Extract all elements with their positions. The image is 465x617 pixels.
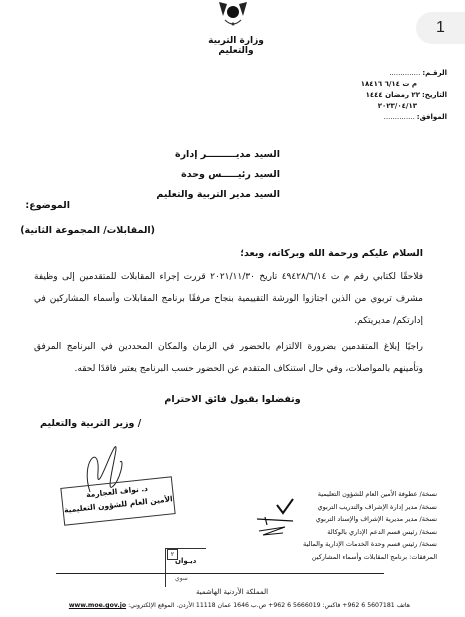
signatory-title: / وزير التربية والتعليم <box>40 418 141 429</box>
recipient: السيد مديـــــــــر إدارة <box>120 145 280 165</box>
recipient: السيد رئيـــــس وحدة <box>120 165 280 185</box>
reference-number-value: م ت ٦/١٤ ١٨٤١٦ <box>361 79 417 90</box>
reference-number-label: الرقـم: <box>422 68 447 79</box>
coat-of-arms-icon <box>215 0 251 30</box>
attachments: المرفقات: برنامج المقابلات وأسماء المشار… <box>227 551 437 564</box>
divider <box>56 573 384 574</box>
body-paragraph-2: راجيًا إبلاغ المتقدمين بضرورة الالتزام ب… <box>34 336 423 380</box>
archive-text-2: سوي <box>175 575 188 582</box>
greeting: السلام عليكم ورحمة الله وبركاته، وبعد؛ <box>240 248 423 259</box>
page-number: 1 <box>436 19 445 37</box>
recipient: السيد مدير التربية والتعليم <box>120 185 280 205</box>
page-number-badge: 1 <box>416 12 465 44</box>
body-paragraph-1: فلاحقًا لكتابي رقم م ت ٤٩٤٢٨/٦/١٤ تاريخ … <box>34 266 423 332</box>
archive-text: ديـوان <box>175 557 196 565</box>
subject-label: الموضوع: <box>25 200 70 211</box>
subject-text: (المقابلات/ المجموعة الثانية) <box>20 225 155 236</box>
recipients-list: السيد مديـــــــــر إدارة السيد رئيـــــ… <box>120 145 280 205</box>
closing-line: وتفضلوا بقبول فائق الاحترام <box>0 394 465 405</box>
corresponding-label: الموافق: <box>417 112 447 123</box>
reference-block: الرقـم:.............. م ت ٦/١٤ ١٨٤١٦ الت… <box>361 68 447 123</box>
date-label: التاريخ: <box>422 90 447 101</box>
website-link[interactable]: www.moe.gov.jo <box>69 602 126 609</box>
hijri-date-value: ٢٢ رمضان ١٤٤٤ <box>366 90 420 101</box>
handwritten-marks-icon <box>255 495 295 545</box>
footer-contact: هاتف 5607181 6 962+ فاكس: 5666019 6 962+… <box>60 602 410 609</box>
gregorian-date-value: ٢٠٢٣/٠٤/١٣ <box>378 101 417 112</box>
ministry-name: وزارة التربية والتعليم <box>190 36 282 56</box>
kingdom-name: المملكة الأردنية الهاشمية <box>196 588 268 596</box>
contact-info: هاتف 5607181 6 962+ فاكس: 5666019 6 962+… <box>128 602 410 609</box>
